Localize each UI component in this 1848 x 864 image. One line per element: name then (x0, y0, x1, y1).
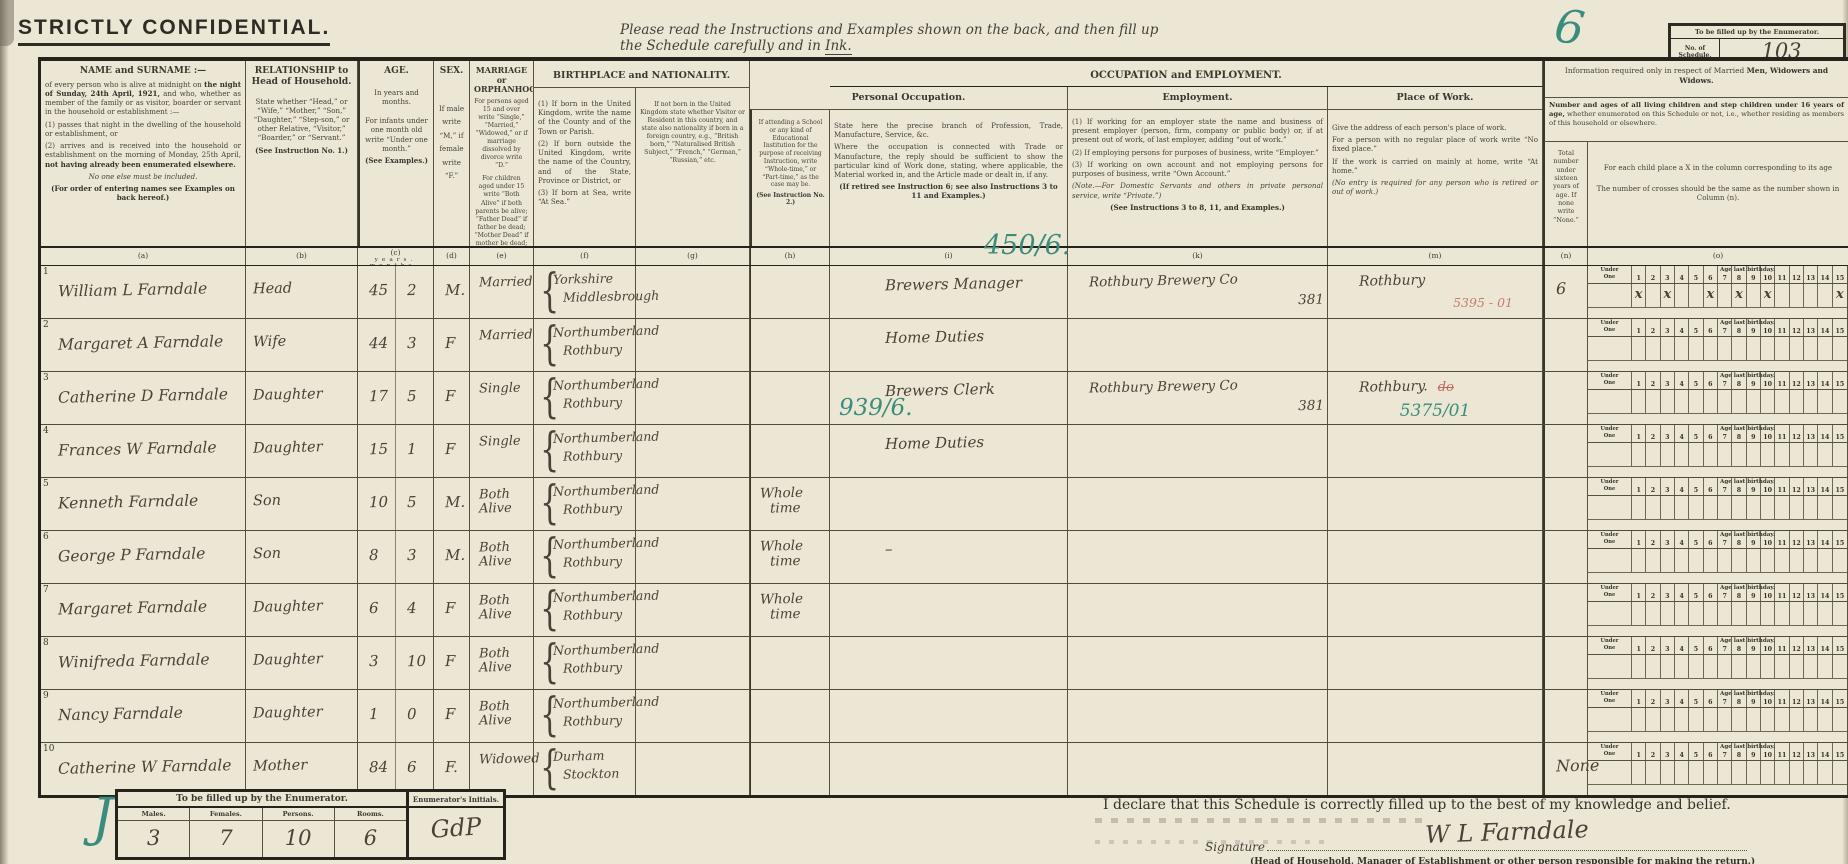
age-box (1689, 549, 1703, 573)
school-cell (750, 266, 830, 318)
name-cell: 10 Catherine W Farndale (41, 743, 246, 795)
header-marriage: MARRIAGE orORPHANHOOD. For persons aged … (470, 61, 534, 246)
sex-cell: F (434, 425, 470, 477)
birthplace-cell: { Northumberland Rothbury (534, 319, 636, 371)
nationality-cell (636, 531, 750, 583)
birthplace-county: Northumberland (553, 377, 632, 392)
age-column-header: 5 (1689, 531, 1703, 548)
age-box (1689, 761, 1703, 785)
sex-value: F. (445, 759, 458, 776)
age-box (1718, 443, 1732, 467)
marriage-value-line2: Alive (479, 714, 530, 729)
age-column-header: 11 (1775, 584, 1789, 601)
school-value-line2 (770, 273, 826, 274)
table-row: 3 Catherine D Farndale Daughter 17 5 F S… (41, 372, 1848, 425)
header-age-body2: For infants under one month old write “U… (364, 116, 429, 153)
marriage-value: Widowed (479, 752, 530, 767)
name-cell: 6 George P Farndale (41, 531, 246, 583)
nationality-cell (636, 425, 750, 477)
children-ages-grid: Age last birthday. Under One123456789101… (1588, 637, 1848, 689)
age-column-header: 13 (1804, 584, 1818, 601)
age-column-header: 5 (1689, 319, 1703, 336)
school-cell: Whole time (750, 584, 830, 636)
age-years-cell: 44 (358, 319, 396, 371)
birthplace-county: Northumberland (553, 642, 632, 657)
age-box (1818, 496, 1832, 520)
header-rel-body: State whether “Head,” or “Wife,” “Mother… (250, 97, 353, 143)
age-box (1775, 761, 1789, 785)
age-box (1718, 337, 1732, 361)
marriage-cell: Both Alive (470, 637, 534, 689)
age-box (1761, 708, 1775, 732)
nationality-cell (636, 319, 750, 371)
row-number: 6 (43, 532, 49, 542)
age-box (1790, 496, 1804, 520)
birthplace-county: Northumberland (553, 536, 632, 551)
age-column-header: 4 (1675, 319, 1689, 336)
ages-grid-boxes (1588, 761, 1847, 785)
age-column-header: 6 (1704, 531, 1718, 548)
name-cell: 1 William L Farndale (41, 266, 246, 318)
header-name-note2: (For order of entering names see Example… (45, 184, 241, 202)
header-school: If attending a School or any kind of Edu… (750, 109, 830, 246)
occupation-cell (830, 743, 1068, 795)
age-months-value: 3 (407, 335, 417, 352)
birthplace-cell: { Northumberland Rothbury (534, 637, 636, 689)
age-box (1732, 337, 1746, 361)
initials-title: Enumerator's Initials. (409, 792, 503, 808)
table-row: 8 Winifreda Farndale Daughter 3 10 F Bot… (41, 637, 1848, 690)
relationship-value: Son (253, 547, 281, 564)
table-row: 2 Margaret A Farndale Wife 44 3 F Marrie… (41, 319, 1848, 372)
name-cell: 3 Catherine D Farndale (41, 372, 246, 424)
children-total-value: 6 (1556, 280, 1567, 298)
age-box (1661, 496, 1675, 520)
persons-label: Persons. (263, 808, 335, 820)
marriage-cell: Both Alive (470, 690, 534, 742)
fill-instruction-text: Please read the Instructions and Example… (620, 22, 1158, 54)
header-age-title: AGE. (364, 64, 429, 80)
age-column-header: 13 (1804, 478, 1818, 495)
place-of-work-cell: Rothbury 5395 - 01 (1328, 266, 1543, 318)
place-of-work-cell (1328, 319, 1543, 371)
age-column-header: 2 (1646, 266, 1660, 283)
table-row: 7 Margaret Farndale Daughter 6 4 F Both … (41, 584, 1848, 637)
marriage-value-line2: Alive (479, 661, 530, 676)
letter-a: (a) (41, 248, 246, 265)
marriage-value: Single (479, 434, 530, 449)
header-children-subtitle: Number and ages of all living children a… (1543, 97, 1848, 141)
employment-cell (1068, 425, 1328, 477)
age-years-value: 44 (369, 335, 388, 352)
ages-grid-boxes (1588, 337, 1847, 361)
marriage-cell: Both Alive (470, 584, 534, 636)
age-box (1704, 337, 1718, 361)
age-column-header: 2 (1646, 743, 1660, 760)
employer-number (1089, 662, 1324, 667)
age-box (1646, 708, 1660, 732)
signature-label: Signature (1205, 840, 1265, 854)
age-column-header: 5 (1689, 584, 1703, 601)
males-label: Males. (118, 808, 190, 820)
occupation-code-green: 450/6. (984, 230, 1070, 261)
person-name: Kenneth Farndale (58, 493, 199, 513)
row-number: 7 (43, 585, 49, 595)
age-column-header: 5 (1689, 743, 1703, 760)
children-ages-grid: Age last birthday. Under One123456789101… (1588, 531, 1848, 583)
age-column-header: 12 (1790, 531, 1804, 548)
age-box (1704, 761, 1718, 785)
age-column-header: 15 (1833, 372, 1847, 389)
birthplace-town: Rothbury (563, 448, 632, 463)
header-children-subtitle-rest: whether enumerated on this Schedule or n… (1549, 110, 1844, 127)
place-of-work-code-red: 5395 - 01 (1331, 295, 1513, 310)
age-last-birthday-label: Age last birthday. (1720, 585, 1775, 591)
age-years-cell: 17 (358, 372, 396, 424)
table-row: 10 Catherine W Farndale Mother 84 6 F. W… (41, 743, 1848, 795)
ages-grid-boxes (1588, 549, 1847, 573)
occupation-cell: – (830, 531, 1068, 583)
age-months-cell: 10 (396, 637, 434, 689)
header-birthplace-group: BIRTHPLACE and NATIONALITY. (534, 61, 750, 87)
age-months-cell: 0 (396, 690, 434, 742)
age-box (1761, 390, 1775, 414)
age-box (1761, 602, 1775, 626)
age-column-header: 5 (1689, 637, 1703, 654)
age-column-header: 15 (1833, 266, 1847, 283)
school-cell (750, 319, 830, 371)
age-column-header: 12 (1790, 690, 1804, 707)
school-value (760, 273, 826, 274)
occupation-value: – (885, 541, 893, 558)
age-box (1747, 549, 1761, 573)
table-row: 1 William L Farndale Head 45 2 M. Marrie… (41, 266, 1848, 319)
age-box (1718, 655, 1732, 679)
header-nationality: If not born in the United Kingdom state … (636, 87, 750, 246)
birthplace-town: Rothbury (563, 607, 632, 622)
under-one-box (1588, 708, 1632, 732)
letter-g: (g) (636, 248, 750, 265)
age-column-header: 3 (1661, 319, 1675, 336)
age-box (1833, 602, 1847, 626)
age-box (1632, 390, 1646, 414)
age-box (1833, 761, 1847, 785)
age-months-cell: 3 (396, 531, 434, 583)
age-months-cell: 3 (396, 319, 434, 371)
age-column-header: 5 (1689, 266, 1703, 283)
marriage-cell: Married (470, 266, 534, 318)
age-column-header: 5 (1689, 478, 1703, 495)
age-last-birthday-label: Age last birthday. (1720, 479, 1775, 485)
age-box (1675, 443, 1689, 467)
children-ages-grid: Age last birthday. Under One123456789101… (1588, 266, 1848, 318)
age-box (1761, 496, 1775, 520)
place-of-work-strikeout: do (1438, 380, 1454, 395)
header-employment-body: (1) If working for an employer state the… (1068, 109, 1328, 246)
age-box (1704, 708, 1718, 732)
age-box (1775, 390, 1789, 414)
letter-e: (e) (470, 248, 534, 265)
age-box (1646, 761, 1660, 785)
age-box (1675, 496, 1689, 520)
relationship-cell: Mother (246, 743, 358, 795)
females-label: Females. (190, 808, 262, 820)
birthplace-county: Yorkshire (553, 271, 632, 286)
age-box (1661, 708, 1675, 732)
place-of-work-cell (1328, 584, 1543, 636)
age-box (1675, 549, 1689, 573)
school-cell (750, 372, 830, 424)
age-last-birthday-label: Age last birthday. (1720, 691, 1775, 697)
age-box (1790, 443, 1804, 467)
employment-cell (1068, 319, 1328, 371)
age-months-value: 2 (407, 282, 417, 299)
sex-value: F (445, 706, 456, 723)
age-column-header: 4 (1675, 372, 1689, 389)
school-cell: Whole time (750, 478, 830, 530)
age-box (1833, 655, 1847, 679)
birthplace-town: Rothbury (563, 501, 632, 516)
age-months-cell: 2 (396, 266, 434, 318)
children-total-cell (1543, 531, 1588, 583)
age-box (1646, 549, 1660, 573)
ages-grid-boxes (1588, 390, 1847, 414)
age-column-header: 3 (1661, 372, 1675, 389)
birthplace-town: Stockton (563, 766, 632, 781)
age-box (1790, 284, 1804, 308)
sex-cell: F (434, 584, 470, 636)
nationality-cell (636, 637, 750, 689)
ages-grid-header: Under One123456789101112131415 (1588, 743, 1847, 761)
age-column-header: 1 (1632, 690, 1646, 707)
ages-grid-header: Under One123456789101112131415 (1588, 690, 1847, 708)
birthplace-cell: { Yorkshire Middlesbrough (534, 266, 636, 318)
age-box (1790, 655, 1804, 679)
age-box (1646, 655, 1660, 679)
school-value-line2 (770, 697, 826, 698)
occupation-cell (830, 637, 1068, 689)
age-box (1646, 496, 1660, 520)
occupation-cell: Home Duties (830, 319, 1068, 371)
age-months-value: 6 (407, 759, 417, 776)
age-column-header: 1 (1632, 584, 1646, 601)
age-column-header: 2 (1646, 478, 1660, 495)
ages-grid-boxes (1588, 708, 1847, 732)
age-box (1747, 337, 1761, 361)
header-age: AGE. In years and months. For infants un… (358, 61, 434, 246)
age-column-header: 5 (1689, 372, 1703, 389)
age-years-value: 17 (369, 388, 388, 405)
under-one-header: Under One (1588, 637, 1632, 654)
age-box (1661, 390, 1675, 414)
age-column-header: 1 (1632, 637, 1646, 654)
letter-k: (k) (1068, 248, 1328, 265)
age-box (1833, 337, 1847, 361)
occupation-cell (830, 584, 1068, 636)
enumerator-summary-box: To be filled up by the Enumerator. Males… (115, 789, 506, 860)
header-age-note: (See Examples.) (364, 156, 429, 165)
ages-grid-boxes (1588, 496, 1847, 520)
birthplace-town: Rothbury (563, 554, 632, 569)
sex-cell: F (434, 637, 470, 689)
marriage-cell: Widowed (470, 743, 534, 795)
age-box (1790, 761, 1804, 785)
age-box (1689, 602, 1703, 626)
age-column-header: 5 (1689, 690, 1703, 707)
age-column-header: 6 (1704, 637, 1718, 654)
age-column-header: 6 (1704, 743, 1718, 760)
age-box (1747, 602, 1761, 626)
age-box: x (1661, 284, 1675, 308)
age-box (1775, 708, 1789, 732)
age-box: x (1632, 284, 1646, 308)
age-box (1704, 549, 1718, 573)
under-one-header: Under One (1588, 319, 1632, 336)
employment-cell (1068, 584, 1328, 636)
children-total-cell (1543, 637, 1588, 689)
age-column-header: 15 (1833, 478, 1847, 495)
age-box (1804, 761, 1818, 785)
children-ages-grid: Age last birthday. Under One123456789101… (1588, 425, 1848, 477)
sex-cell: M. (434, 531, 470, 583)
under-one-box (1588, 390, 1632, 414)
header-personal-occupation-band: Personal Occupation. (750, 87, 1068, 109)
age-months-cell: 5 (396, 372, 434, 424)
age-box (1661, 655, 1675, 679)
age-column-header: 6 (1704, 425, 1718, 442)
age-column-header: 14 (1818, 637, 1832, 654)
age-box (1747, 443, 1761, 467)
age-box (1718, 496, 1732, 520)
header-emp-p4: (Note.—For Domestic Servants and others … (1072, 181, 1323, 199)
letter-m: (m) (1328, 248, 1543, 265)
faded-marks (1095, 818, 1425, 823)
header-school-body: If attending a School or any kind of Edu… (756, 119, 825, 189)
ages-grid-header: Under One123456789101112131415 (1588, 319, 1847, 337)
age-column-header: 13 (1804, 531, 1818, 548)
age-column-header: 2 (1646, 690, 1660, 707)
nationality-cell (636, 266, 750, 318)
birthplace-town: Rothbury (563, 342, 632, 357)
header-occ-p1: State here the precise branch of Profess… (834, 121, 1063, 139)
age-column-header: 14 (1818, 266, 1832, 283)
occupation-value: Brewers Manager (885, 275, 1022, 294)
under-one-box (1588, 496, 1632, 520)
age-box (1689, 655, 1703, 679)
relationship-cell: Head (246, 266, 358, 318)
employment-cell: Rothbury Brewery Co 381 (1068, 372, 1328, 424)
age-column-header: 13 (1804, 266, 1818, 283)
birthplace-county: Northumberland (553, 483, 632, 498)
school-value (760, 644, 826, 645)
table-header: NAME and SURNAME :— of every person who … (41, 61, 1848, 248)
age-years-value: 1 (369, 706, 379, 723)
age-box (1632, 602, 1646, 626)
age-column-header: 6 (1704, 478, 1718, 495)
relationship-cell: Daughter (246, 425, 358, 477)
age-column-header: 11 (1775, 531, 1789, 548)
header-rel-note: (See Instruction No. 1.) (250, 146, 353, 155)
age-units-label: years. months. (358, 257, 433, 265)
age-box (1718, 549, 1732, 573)
signature-note: (Head of Household, Manager of Establish… (1250, 857, 1810, 864)
header-relationship: RELATIONSHIP toHead of Household. State … (246, 61, 358, 246)
age-box (1661, 602, 1675, 626)
age-years-cell: 8 (358, 531, 396, 583)
age-box (1732, 761, 1746, 785)
employer-number (1089, 450, 1324, 455)
birthplace-town: Middlesbrough (563, 289, 632, 304)
age-column-header: 15 (1833, 743, 1847, 760)
age-box (1732, 602, 1746, 626)
age-column-header: 4 (1675, 637, 1689, 654)
age-box: x (1833, 284, 1847, 308)
birthplace-cell: { Northumberland Rothbury (534, 531, 636, 583)
employer-number: 381 (1089, 399, 1324, 419)
signature-value: W L Farndale (1425, 815, 1590, 849)
age-box (1747, 655, 1761, 679)
age-years-cell: 6 (358, 584, 396, 636)
age-column-header: 15 (1833, 584, 1847, 601)
header-occ-note: (If retired see Instruction 6; see also … (834, 182, 1063, 200)
birthplace-cell: { Northumberland Rothbury (534, 478, 636, 530)
age-years-value: 8 (369, 547, 379, 564)
age-box (1689, 337, 1703, 361)
rooms-value: 6 (335, 821, 406, 857)
declaration-text: I declare that this Schedule is correctl… (1103, 797, 1763, 813)
place-of-work-cell (1328, 690, 1543, 742)
age-box (1747, 761, 1761, 785)
age-box (1775, 284, 1789, 308)
age-box (1732, 655, 1746, 679)
relationship-cell: Daughter (246, 584, 358, 636)
children-ages-grid: Age last birthday. Under One123456789101… (1588, 372, 1848, 424)
age-box (1818, 761, 1832, 785)
age-box (1632, 337, 1646, 361)
under-one-header: Under One (1588, 743, 1632, 760)
signature-row: Signature W L Farndale (1205, 836, 1765, 855)
school-value (760, 697, 826, 698)
header-birthplace-p1: (1) If born in the United Kingdom, write… (538, 99, 631, 136)
birthplace-town: Rothbury (563, 713, 632, 728)
under-one-header: Under One (1588, 531, 1632, 548)
letter-n: (n) (1543, 248, 1588, 265)
age-months-cell: 6 (396, 743, 434, 795)
ages-grid-header: Under One123456789101112131415 (1588, 372, 1847, 390)
age-box (1689, 496, 1703, 520)
age-months-cell: 5 (396, 478, 434, 530)
ages-grid-header: Under One123456789101112131415 (1588, 478, 1847, 496)
initials-value: GdP (408, 811, 504, 845)
age-box: x (1704, 284, 1718, 308)
age-column-header: 11 (1775, 319, 1789, 336)
age-column-header: 12 (1790, 478, 1804, 495)
age-column-header: 2 (1646, 584, 1660, 601)
sex-cell: F (434, 372, 470, 424)
age-box (1661, 761, 1675, 785)
person-name: Frances W Farndale (58, 439, 217, 459)
age-column-header: 13 (1804, 690, 1818, 707)
age-box (1804, 496, 1818, 520)
name-cell: 4 Frances W Farndale (41, 425, 246, 477)
age-box (1804, 602, 1818, 626)
name-cell: 5 Kenneth Farndale (41, 478, 246, 530)
age-box (1761, 761, 1775, 785)
age-box (1818, 708, 1832, 732)
age-column-header: 14 (1818, 743, 1832, 760)
age-last-birthday-label: Age last birthday. (1720, 373, 1775, 379)
children-total-cell: 6 (1543, 266, 1588, 318)
